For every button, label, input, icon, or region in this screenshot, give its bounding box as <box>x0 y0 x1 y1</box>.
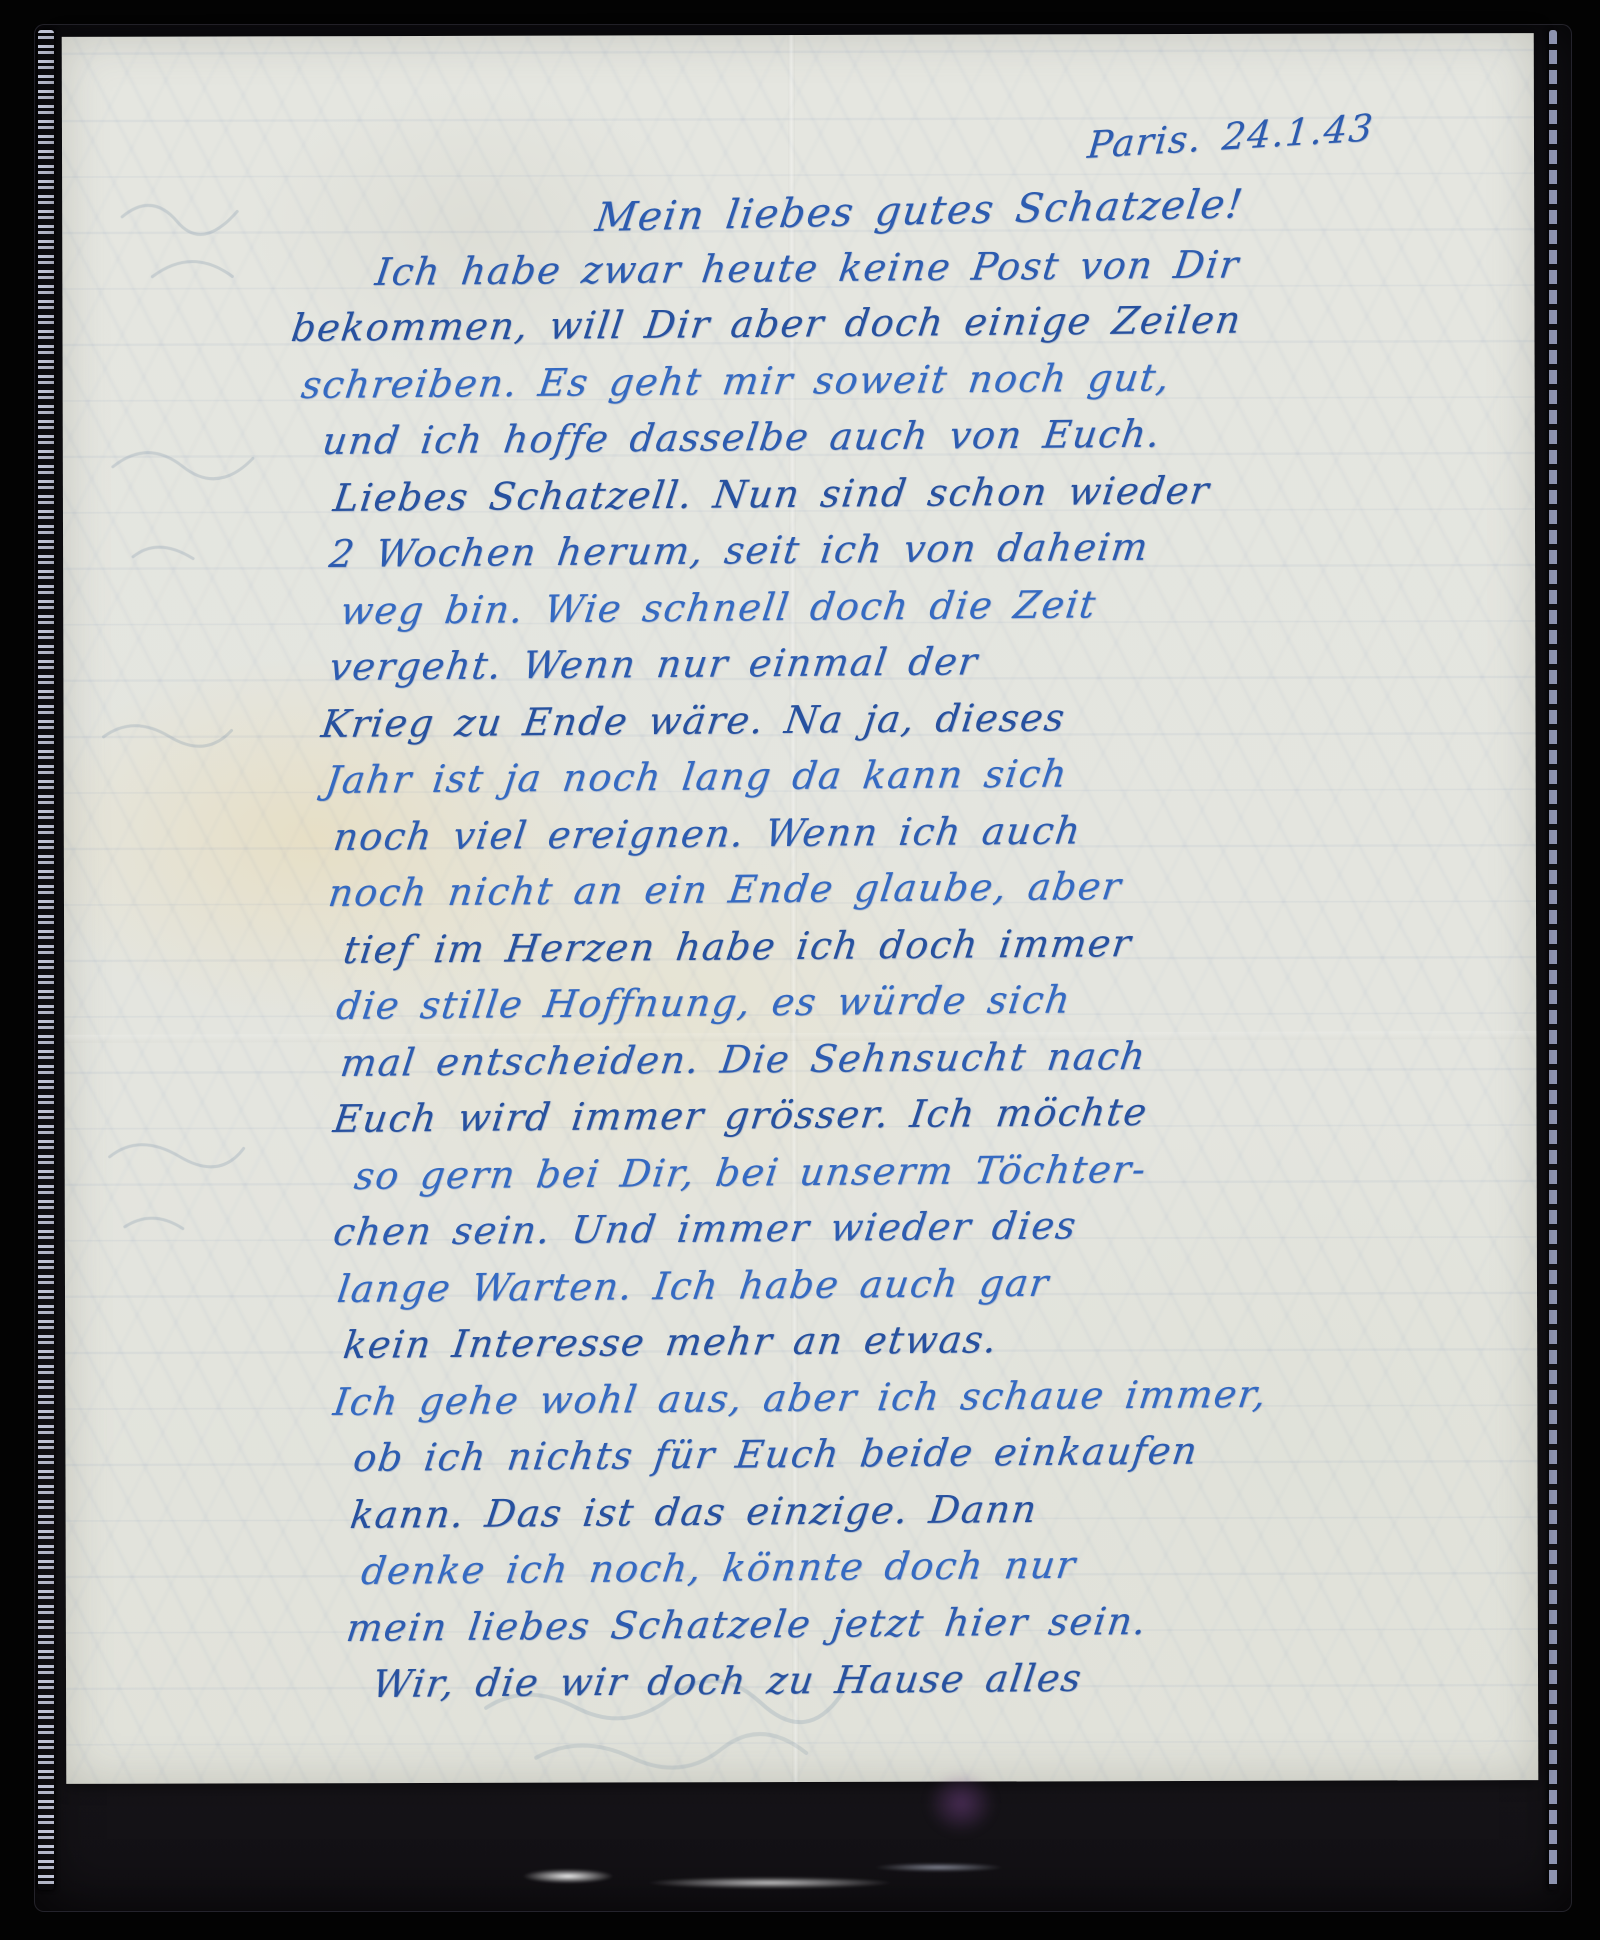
letter-line: bekommen, will Dir aber doch einige Zeil… <box>288 292 1245 356</box>
letter-line: Krieg zu Ende wäre. Na ja, dieses <box>318 689 1069 752</box>
letter-line: 2 Wochen herum, seit ich von daheim <box>326 519 1153 582</box>
sleeve-stitching-left <box>38 30 54 1890</box>
letter-line: Liebes Schatzell. Nun sind schon wieder <box>330 462 1213 526</box>
letter-line: lange Warten. Ich habe auch gar <box>334 1255 1053 1317</box>
letter-line: Ich gehe wohl aus, aber ich schaue immer… <box>330 1366 1271 1430</box>
letter-line: Wir, die wir doch zu Hause alles <box>369 1650 1086 1712</box>
letter-line: vergeht. Wenn nur einmal der <box>326 633 982 695</box>
letter-line: tief im Herzen habe ich doch immer <box>340 915 1135 978</box>
letter-line: Jahr ist ja noch lang da kann sich <box>322 745 1072 808</box>
letter-line: Euch wird immer grösser. Ich möchte <box>330 1084 1151 1147</box>
letter-line: mein liebes Schatzele jetzt hier sein. <box>343 1593 1151 1656</box>
letter-line: und ich hoffe dasselbe auch von Euch. <box>319 406 1165 469</box>
letter-line: chen sein. Und immer wieder dies <box>330 1197 1080 1260</box>
ink-smudge <box>916 1762 1006 1844</box>
letter-line: mal entscheiden. Die Sehnsucht nach <box>337 1028 1150 1091</box>
letter-line: denke ich noch, könnte doch nur <box>358 1537 1080 1599</box>
letter-line: weg bin. Wie schnell doch die Zeit <box>337 576 1100 639</box>
letter-line: noch viel ereignen. Wenn ich auch <box>330 802 1085 865</box>
letter-line: Ich habe zwar heute keine Post von Dir <box>372 236 1243 300</box>
sleeve-stitching-right <box>1549 30 1557 1890</box>
letter-line: kein Interesse mehr an etwas. <box>340 1311 1002 1373</box>
letter-line: ob ich nichts für Euch beide einkaufen <box>350 1423 1202 1486</box>
letter-line: die stille Hoffnung, es würde sich <box>333 972 1075 1034</box>
letter-photo: Paris. 24.1.43 Mein liebes gutes Schatze… <box>0 0 1600 1940</box>
letter-line: schreiben. Es geht mir soweit noch gut, <box>298 349 1174 413</box>
letter-line: kann. Das ist das einzige. Dann <box>347 1481 1041 1543</box>
letter-line: so gern bei Dir, bei unserm Töchter- <box>351 1141 1150 1204</box>
glare-highlight <box>470 1852 1015 1896</box>
letter-line: noch nicht an ein Ende glaube, aber <box>325 858 1125 921</box>
